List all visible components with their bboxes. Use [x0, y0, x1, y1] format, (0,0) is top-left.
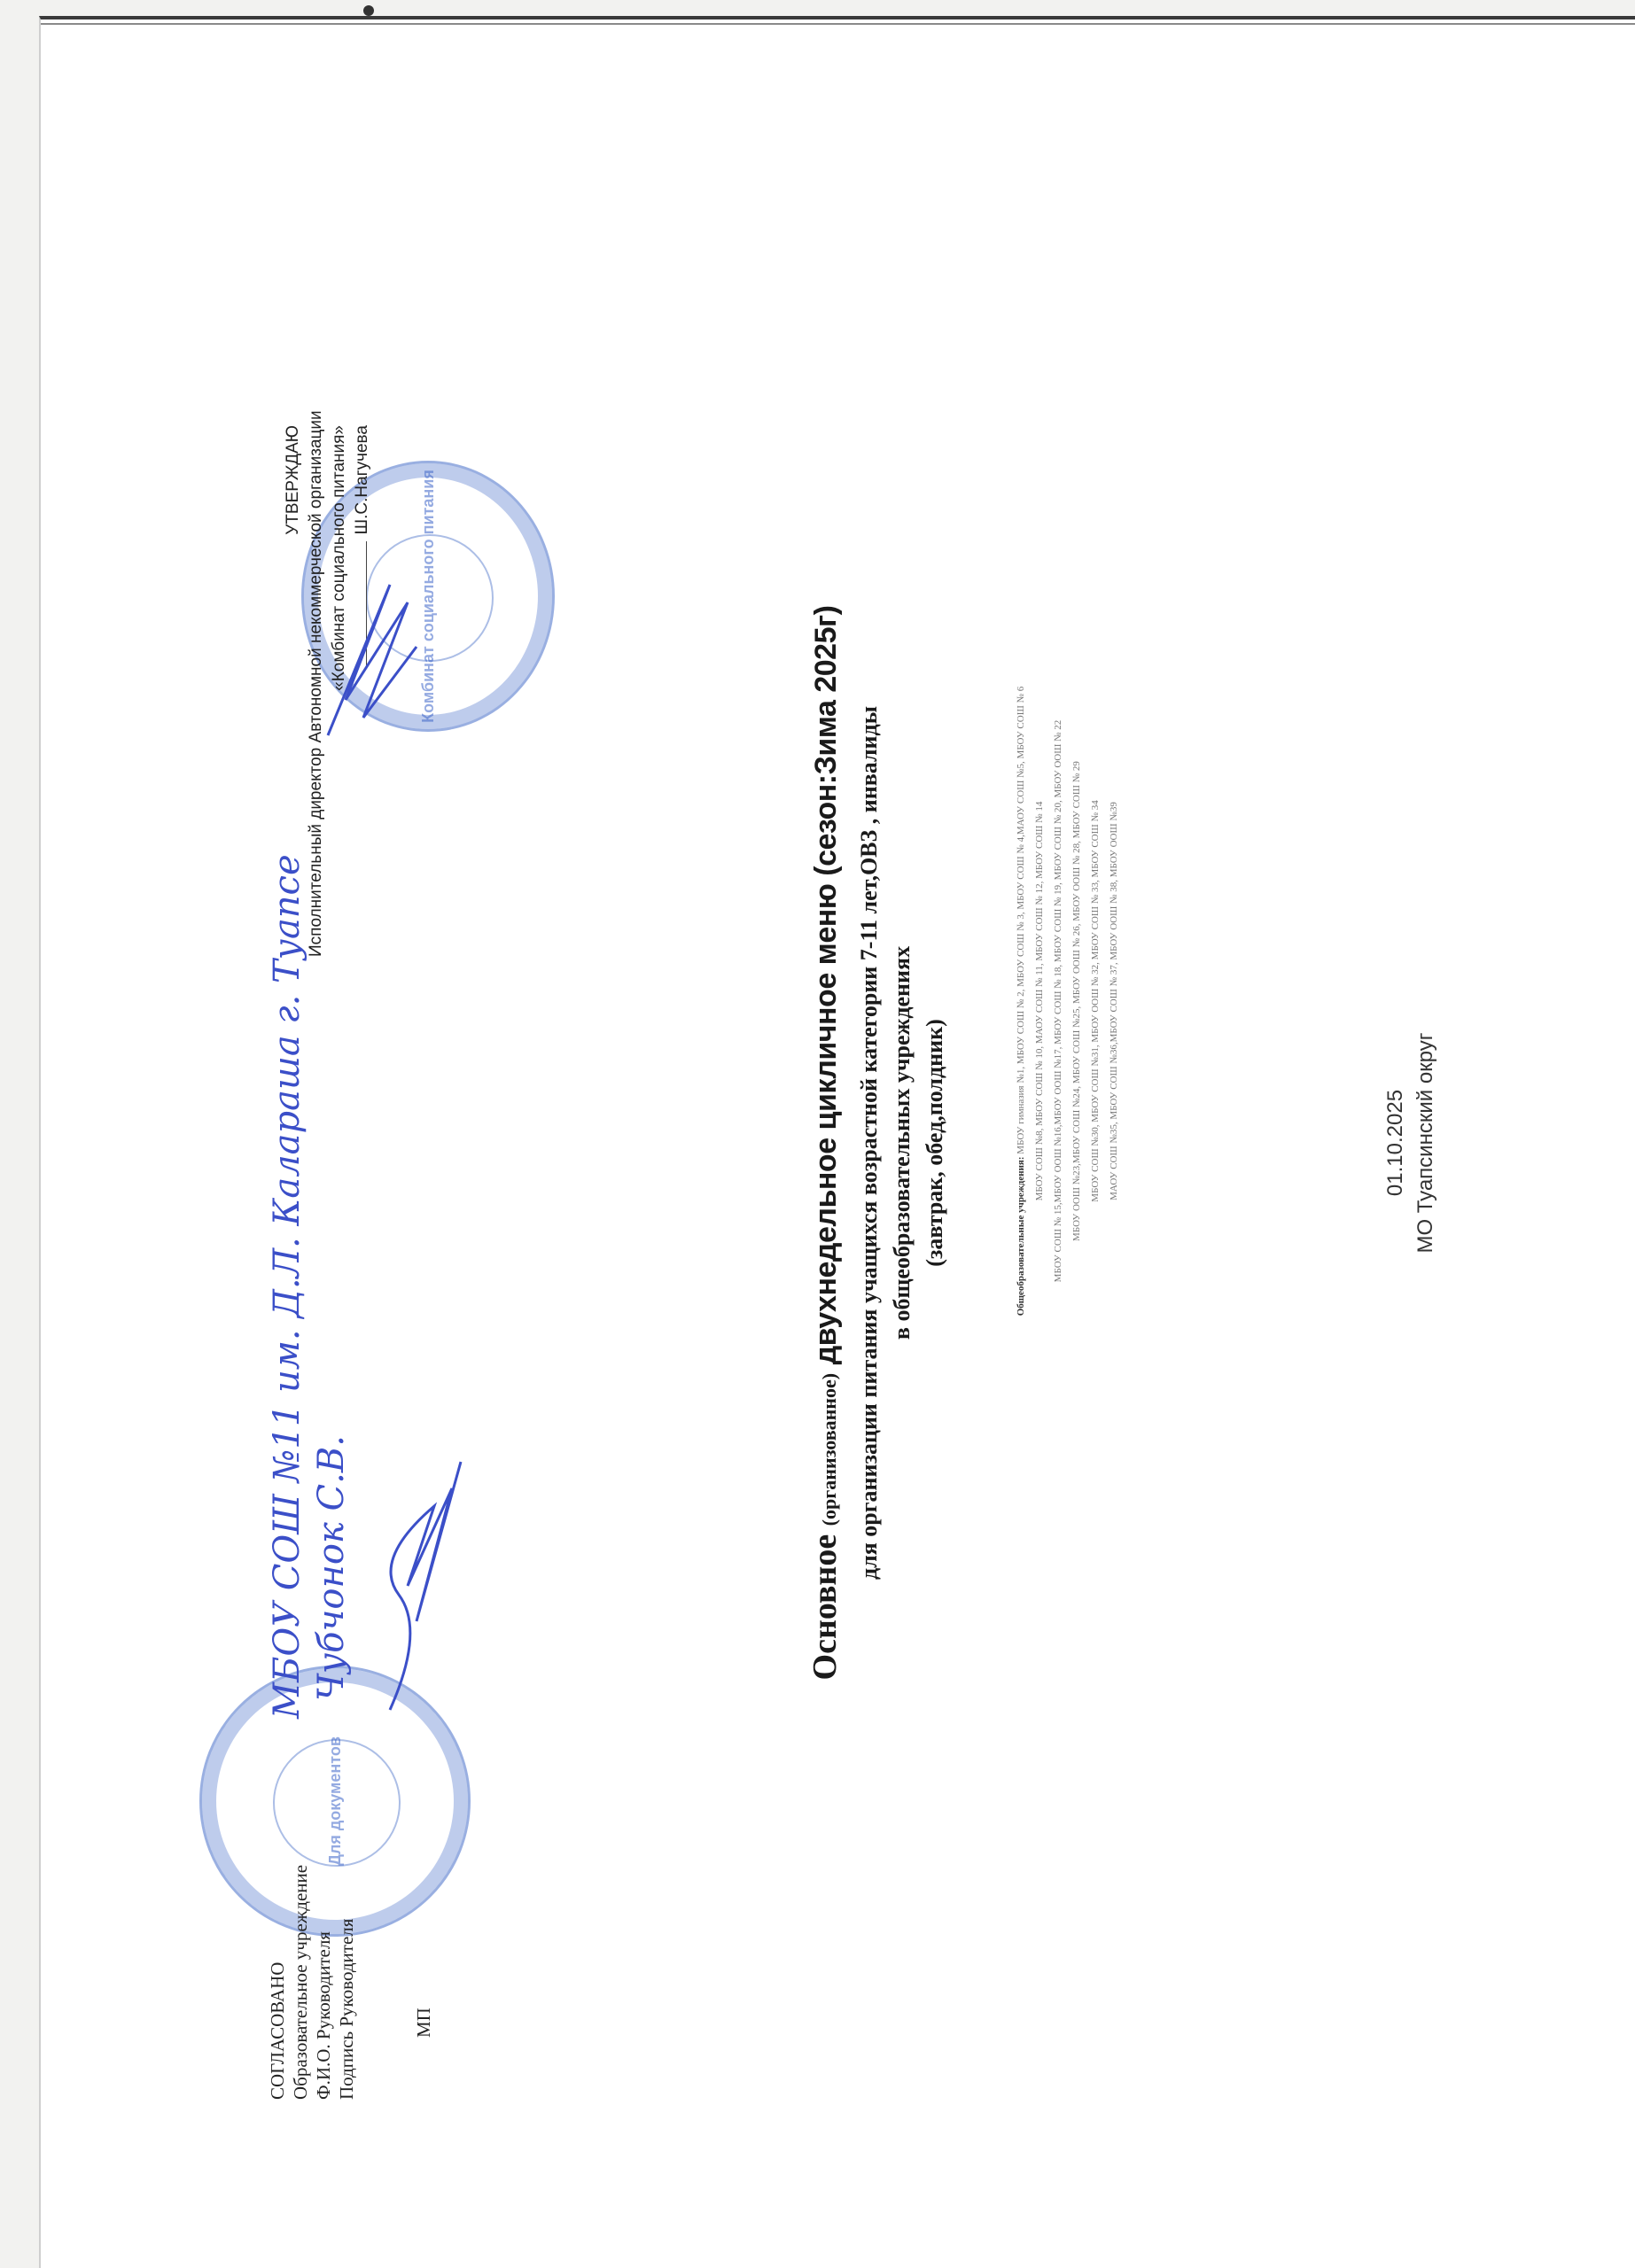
date-block: 01.10.2025 МО Туапсинский округ: [1381, 1001, 1441, 1285]
title-word: Основное: [806, 1534, 844, 1681]
document-date: 01.10.2025: [1381, 1001, 1411, 1285]
approval-signature-scribble: [319, 567, 425, 744]
district-name: МО Туапсинский округ: [1411, 1001, 1441, 1285]
schools-line: МБОУ ООШ №23,МБОУ СОШ №24, МБОУ СОШ №25,…: [1068, 558, 1086, 1444]
schools-line: Общеобразовательные учреждения: МБОУ гим…: [1012, 558, 1031, 1444]
scanner-clip-mark: [363, 5, 374, 16]
agreed-head-signature-label: Подпись Руководителя: [335, 1692, 358, 2100]
schools-line-text: МБОУ гимназия №1, МБОУ СОШ № 2, МБОУ СОШ…: [1016, 687, 1026, 1154]
page-title: Основное (организованное) двухнедельное …: [802, 478, 853, 1807]
schools-list: Общеобразовательные учреждения: МБОУ гим…: [1012, 558, 1124, 1444]
schools-line: МАОУ СОШ №35, МБОУ СОШ №36,МБОУ СОШ № 37…: [1105, 558, 1124, 1444]
schools-line: МБОУ СОШ №8, МБОУ СОШ № 10, МАОУ СОШ № 1…: [1031, 558, 1049, 1444]
title-rest: двухнедельное цикличное меню (сезон:Зима…: [809, 606, 843, 1365]
agreed-heading: СОГЛАСОВАНО: [266, 1692, 289, 2100]
subtitle-line-1: для организации питания учащихся возраст…: [853, 478, 885, 1807]
agreed-signature-scribble: [372, 1453, 470, 1719]
agreed-institution-label: Образовательное учреждение: [289, 1692, 312, 2100]
schools-lead: Общеобразовательные учреждения:: [1016, 1156, 1026, 1316]
approval-signatory: Ш.С.Нагучева: [353, 425, 371, 534]
handwritten-institution: МБОУ СОШ №11 им. Д.Л. Калараша г. Туапсе: [266, 854, 308, 1719]
schools-line: МБОУ СОШ №30, МБОУ СОШ №31, МБОУ ООШ № 3…: [1086, 558, 1105, 1444]
handwritten-head-name: Чубчонок С.В.: [310, 1435, 353, 1701]
schools-line: МБОУ СОШ № 15,МБОУ ООШ №16,МБОУ ООШ №17,…: [1049, 558, 1068, 1444]
subtitle-line-2: в общеобразовательных учреждениях: [885, 478, 918, 1807]
seal-label: МП: [412, 1949, 435, 2038]
title-block: Основное (организованное) двухнедельное …: [802, 478, 951, 1807]
title-note: (организованное): [818, 1373, 840, 1526]
subtitle-line-3: (завтрак, обед,полдник): [918, 478, 951, 1807]
seal-label-block: МП: [412, 1949, 435, 2038]
agreed-head-name-label: Ф.И.О. Руководителя: [312, 1692, 335, 2100]
agreed-block: СОГЛАСОВАНО Образовательное учреждение Ф…: [266, 1692, 358, 2100]
